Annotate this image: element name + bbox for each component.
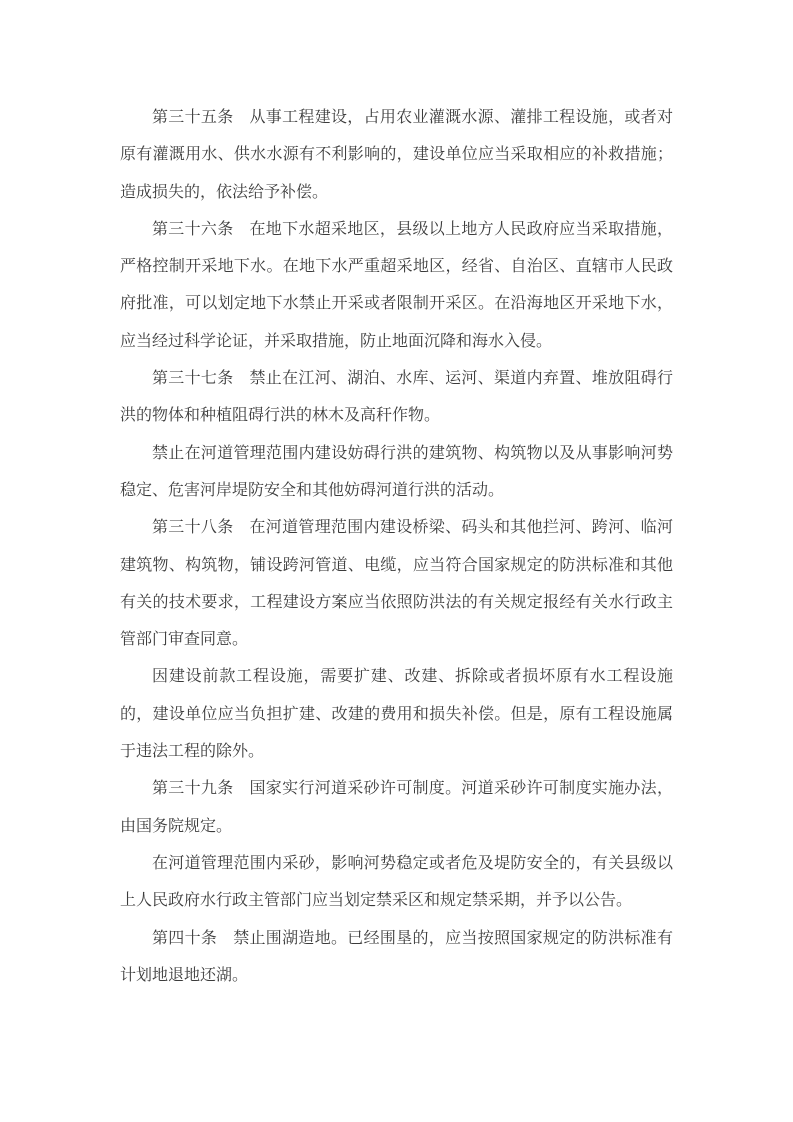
paragraph-text: 禁止在河道管理范围内建设妨碍行洪的建筑物、构筑物以及从事影响河势稳定、危害河岸堤… <box>120 445 673 499</box>
paragraph-text: 因建设前款工程设施，需要扩建、改建、拆除或者损坏原有水工程设施的，建设单位应当负… <box>120 668 673 760</box>
paragraph-article-40: 第四十条禁止围湖造地。已经围垦的，应当按照国家规定的防洪标准有计划地退地还湖。 <box>120 920 673 995</box>
paragraph-article-38: 第三十八条在河道管理范围内建设桥梁、码头和其他拦河、跨河、临河建筑物、构筑物，铺… <box>120 509 673 658</box>
paragraph-text: 在河道管理范围内采砂，影响河势稳定或者危及堤防安全的，有关县级以上人民政府水行政… <box>120 855 673 909</box>
article-number: 第三十八条 <box>152 519 234 536</box>
document-page: 第三十五条从事工程建设，占用农业灌溉水源、灌排工程设施，或者对原有灌溉用水、供水… <box>0 0 793 1122</box>
paragraph-article-39: 第三十九条国家实行河道采砂许可制度。河道采砂许可制度实施办法，由国务院规定。 <box>120 770 673 845</box>
paragraph-article-37: 第三十七条禁止在江河、湖泊、水库、运河、渠道内弃置、堆放阻碍行洪的物体和种植阻碍… <box>120 360 673 435</box>
paragraph-text: 在河道管理范围内建设桥梁、码头和其他拦河、跨河、临河建筑物、构筑物，铺设跨河管道… <box>120 519 673 648</box>
paragraph-article-35: 第三十五条从事工程建设，占用农业灌溉水源、灌排工程设施，或者对原有灌溉用水、供水… <box>120 99 673 211</box>
article-number: 第四十条 <box>152 930 217 947</box>
paragraph-article-37-clause-2: 禁止在河道管理范围内建设妨碍行洪的建筑物、构筑物以及从事影响河势稳定、危害河岸堤… <box>120 435 673 510</box>
article-number: 第三十七条 <box>152 370 234 387</box>
article-number: 第三十九条 <box>152 780 234 797</box>
paragraph-article-38-clause-2: 因建设前款工程设施，需要扩建、改建、拆除或者损坏原有水工程设施的，建设单位应当负… <box>120 658 673 770</box>
article-number: 第三十五条 <box>152 109 234 126</box>
paragraph-article-36: 第三十六条在地下水超采地区，县级以上地方人民政府应当采取措施，严格控制开采地下水… <box>120 211 673 360</box>
paragraph-text: 在地下水超采地区，县级以上地方人民政府应当采取措施，严格控制开采地下水。在地下水… <box>120 221 673 350</box>
article-number: 第三十六条 <box>152 221 234 238</box>
paragraph-article-39-clause-2: 在河道管理范围内采砂，影响河势稳定或者危及堤防安全的，有关县级以上人民政府水行政… <box>120 845 673 920</box>
